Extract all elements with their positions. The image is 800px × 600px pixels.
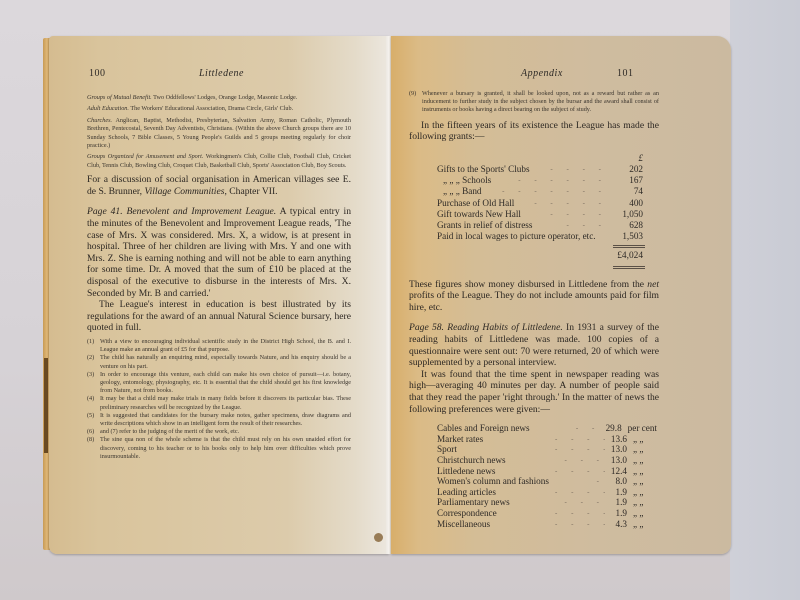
grant-amount: 167 [613,175,643,186]
preference-label: Market rates [437,434,555,445]
leader-dots: - - - - - [555,444,605,455]
regulation-item: (9)Whenever a bursary is granted, it sha… [409,90,659,115]
figures-paragraph: These figures show money disbursed in Li… [409,279,659,314]
group-label: Adult Education. [87,105,129,112]
preference-label: Parliamentary news [437,497,555,508]
preference-label: Littledene news [437,466,555,477]
bursary-regulations: (1)With a view to encouraging individual… [87,338,351,461]
grants-total: £4,024 [607,248,643,265]
regulation-number: (6) [87,428,100,436]
preference-label: Correspondence [437,508,555,519]
leader-dots: - - - [538,220,607,231]
regulation-text: Whenever a bursary is granted, it shall … [422,90,659,115]
left-page: 100 Littledene Groups of Mutual Benefit.… [49,36,389,554]
regulation-item: (3)In order to encourage this venture, e… [87,371,351,396]
preference-row: Sport- - - - -13.0„ „ [437,444,657,455]
regulation-number: (4) [87,395,100,411]
grant-amount: 400 [613,198,643,209]
newspaper-paragraph: It was found that the time spent in news… [409,369,659,415]
preference-value: 29.8 [600,423,621,434]
grant-amount: 628 [613,220,643,231]
grants-table: £ Gifts to the Sports' Clubs- - - -202 „… [437,153,643,269]
regulation-number: (3) [87,371,100,396]
preference-value: 12.4 [605,466,627,477]
preference-unit: „ „ [633,519,643,530]
regulation-item: (1)With a view to encouraging individual… [87,338,351,354]
section-text: A typical entry in the minutes of the Be… [87,206,351,298]
leader-dots: - - - [555,497,605,508]
grant-amount: 1,050 [613,209,643,220]
reading-habits-paragraph: Page 58. Reading Habits of Littledene. I… [409,322,659,368]
preference-value: 13.0 [605,444,627,455]
grant-label: Purchase of Old Hall [437,198,514,209]
preference-value: 1.9 [605,497,627,508]
regulation-text: The sine qua non of the whole scheme is … [100,436,351,461]
leader-dots: - - - - - - - [488,186,607,197]
preference-row: Littledene news- - - -12.4„ „ [437,466,657,477]
group-label: Churches. [87,117,112,124]
preference-unit: „ „ [633,466,643,477]
preference-unit: per cent [628,423,657,434]
leader-dots: - - - - [536,164,607,175]
preference-unit: „ „ [633,508,643,519]
regulation-number: (1) [87,338,100,354]
preference-unit: „ „ [633,497,643,508]
preference-row: Market rates- - - - -13.6„ „ [437,434,657,445]
grant-amount: 1,503 [613,231,643,242]
section-heading: Page 41. Benevolent and Improvement Leag… [87,206,276,217]
leader-dots: - - [552,423,601,434]
leader-dots: - - - - [555,466,605,477]
grant-label: Grants in relief of distress [437,220,532,231]
open-book: 100 Littledene Groups of Mutual Benefit.… [0,0,800,600]
regulation-number: (5) [87,412,100,428]
preference-unit: „ „ [633,455,643,466]
news-preferences-table: Cables and Foreign news- -29.8per cent M… [437,423,657,529]
preference-value: 1.9 [605,508,627,519]
preference-row: Correspondence- - - -1.9„ „ [437,508,657,519]
regulation-text: and (7) refer to the judging of the meri… [100,428,351,436]
grant-label: Gifts to the Sports' Clubs [437,164,530,175]
left-page-content: Groups of Mutual Benefit. Two Oddfellows… [87,94,351,461]
regulation-item: (4)It may be that a child may make trial… [87,395,351,411]
preference-unit: „ „ [633,434,643,445]
regulation-number: (9) [409,90,422,115]
preference-label: Leading articles [437,487,555,498]
regulation-text: The child has naturally an enquiring min… [100,354,351,370]
regulation-number: (8) [87,436,100,461]
figures-text-end: profits of the League. They do not inclu… [409,290,659,313]
book-title: Village Communities [144,186,224,197]
leader-dots: - [555,476,605,487]
group-label: Groups of Mutual Benefit. [87,94,152,101]
regulation-item: (5)It is suggested that candidates for t… [87,412,351,428]
preference-row: Christchurch news- - -13.0„ „ [437,455,657,466]
right-page-number: 101 [617,68,634,79]
grant-row: Gift towards New Hall- - - -1,050 [437,209,643,220]
regulation-item: (2)The child has naturally an enquiring … [87,354,351,370]
grant-label: Gift towards New Hall [437,209,521,220]
leader-dots: - - - - - [520,198,607,209]
education-paragraph: The League's interest in education is be… [87,299,351,334]
cover-tear [44,358,48,453]
figures-text: These figures show money disbursed in Li… [409,279,647,290]
leader-dots: - - - - [555,487,605,498]
preference-row: Leading articles- - - -1.9„ „ [437,487,657,498]
preference-value: 1.9 [605,487,627,498]
benevolent-league-paragraph: Page 41. Benevolent and Improvement Leag… [87,206,351,299]
grant-label: „ „ „ Band [437,186,482,197]
leader-dots: - - - [555,455,605,466]
regulation-number: (2) [87,354,100,370]
group-text: Two Oddfellows' Lodges, Orange Lodge, Ma… [152,94,298,101]
figures-emphasis: net [647,279,659,290]
grant-amount: 202 [613,164,643,175]
right-running-head: Appendix [521,68,563,79]
grant-row: Gifts to the Sports' Clubs- - - -202 [437,164,643,175]
leader-dots: - - - - [527,209,607,220]
grant-row: „ „ „ Schools- - - - - -167 [437,175,643,186]
preference-label: Women's column and fashions [437,476,555,487]
preference-label: Cables and Foreign news [437,423,552,434]
preference-label: Christchurch news [437,455,555,466]
grant-row: Purchase of Old Hall- - - - -400 [437,198,643,209]
leader-dots: - - - - - - [497,175,607,186]
group-mutual-benefit: Groups of Mutual Benefit. Two Oddfellows… [87,94,351,102]
group-text: The Workers' Educational Association, Dr… [129,105,293,112]
left-page-number: 100 [89,68,106,79]
leader-dots: - - - - [555,519,605,530]
preference-label: Sport [437,444,555,455]
regulation-text: It is suggested that candidates for the … [100,412,351,428]
right-page: Appendix 101 (9)Whenever a bursary is gr… [391,36,731,554]
preference-unit: „ „ [633,487,643,498]
preference-value: 8.0 [605,476,627,487]
right-page-content: (9)Whenever a bursary is granted, it sha… [409,90,659,529]
grant-row: „ „ „ Band- - - - - - -74 [437,186,643,197]
discussion-suffix: , Chapter VII. [224,186,277,197]
preference-row: Miscellaneous- - - -4.3„ „ [437,519,657,530]
regulation-item: (6)and (7) refer to the judging of the m… [87,428,351,436]
preference-value: 13.6 [605,434,627,445]
grant-row: Grants in relief of distress- - -628 [437,220,643,231]
grant-label: Paid in local wages to picture operator,… [437,231,596,242]
preference-value: 4.3 [605,519,627,530]
preference-value: 13.0 [605,455,627,466]
regulation-text: With a view to encouraging individual sc… [100,338,351,354]
preference-row: Women's column and fashions-8.0„ „ [437,476,657,487]
group-adult-education: Adult Education. The Workers' Educationa… [87,105,351,113]
regulation-item: (8)The sine qua non of the whole scheme … [87,436,351,461]
preference-label: Miscellaneous [437,519,555,530]
group-churches: Churches. Anglican, Baptist, Methodist, … [87,117,351,151]
preference-unit: „ „ [633,444,643,455]
leader-dots: - - - - [555,508,605,519]
discussion-paragraph: For a discussion of social organisation … [87,174,351,197]
grant-label: „ „ „ Schools [437,175,491,186]
left-running-head: Littledene [199,68,244,79]
group-amusement-sport: Groups Organized for Amusement and Sport… [87,153,351,170]
leader-dots: - - - - - [555,434,605,445]
group-text: Anglican, Baptist, Methodist, Presbyteri… [87,117,351,149]
regulation-text: In order to encourage this venture, each… [100,371,351,396]
regulation-text: It may be that a child may make trials i… [100,395,351,411]
preference-row: Parliamentary news- - -1.9„ „ [437,497,657,508]
group-label: Groups Organized for Amusement and Sport… [87,153,203,160]
grant-amount: 74 [613,186,643,197]
bursary-regulation-9: (9)Whenever a bursary is granted, it sha… [409,90,659,115]
currency-symbol: £ [437,153,643,164]
page-stain [374,533,383,542]
total-rule-bottom [613,266,645,269]
preference-unit: „ „ [633,476,643,487]
grants-intro: In the fifteen years of its existence th… [409,120,659,143]
section-heading: Page 58. Reading Habits of Littledene. [409,322,563,333]
grant-row: Paid in local wages to picture operator,… [437,231,643,242]
preference-row: Cables and Foreign news- -29.8per cent [437,423,657,434]
